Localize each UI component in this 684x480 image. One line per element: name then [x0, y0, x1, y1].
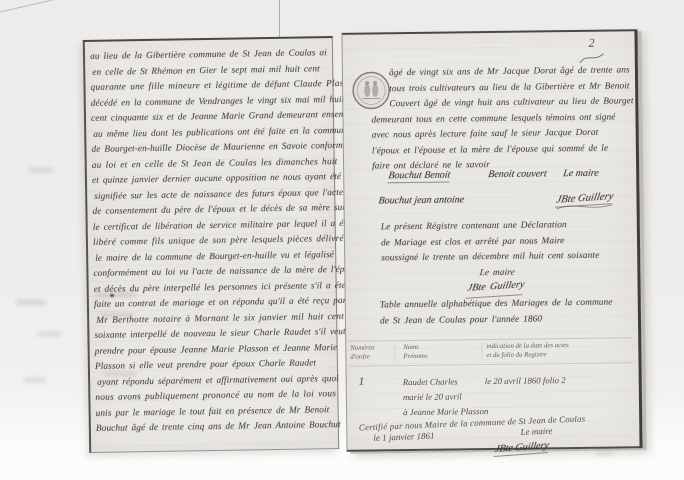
left-page-text: au lieu de la Gibertière commune de St J… — [90, 46, 337, 437]
ink-bleedthrough-mark — [16, 300, 46, 305]
ink-bleedthrough-mark — [96, 292, 136, 297]
certification-date: le 1 janvier 1861 — [373, 430, 435, 460]
manuscript-line: marié le 20 avril — [403, 389, 481, 405]
right-page-body: âgé de vingt six ans de Mr Jacque Dorat … — [371, 63, 635, 175]
witness-signature: Benoit couvert — [487, 168, 547, 180]
manuscript-line: de St Jean de Coulas pour l'année 1860 — [380, 311, 632, 330]
paper-crease — [0, 0, 55, 14]
witness-signature: Bouchut Benoit — [387, 169, 451, 183]
folio-number-text: 2 — [579, 36, 605, 51]
pencil-mark — [596, 452, 614, 455]
maire-label: Le maire — [562, 168, 599, 179]
registry-scan: au lieu de la Gibertière commune de St J… — [0, 0, 684, 480]
maire-signature: JBte Guillery — [554, 193, 614, 212]
ink-bleedthrough-mark — [104, 372, 136, 376]
closing-declaration: Le présent Régistre contenant une Déclar… — [381, 217, 626, 297]
ink-speck — [110, 294, 114, 297]
ink-bleedthrough-mark — [24, 378, 46, 382]
marriage-table: Numéros d'ordre Noms Prénoms indication … — [348, 337, 633, 420]
row-number: 1 — [349, 375, 404, 421]
table-header-row: Numéros d'ordre Noms Prénoms indication … — [348, 337, 632, 366]
maire-signature: JBte Guillery — [494, 440, 550, 457]
signature-row: Bouchut Benoit Benoit couvert Le maire — [374, 167, 622, 183]
table-header-indication: indication de la date des actes et du fo… — [482, 341, 632, 360]
ink-bleedthrough-mark — [38, 332, 62, 336]
maire-signature: JBte Guillery — [467, 277, 625, 296]
ink-bleedthrough-mark — [100, 313, 134, 317]
row-names: Raudet Charlesmarié le 20 avrilà Jeanne … — [403, 374, 482, 420]
ink-bleedthrough-mark — [28, 168, 54, 172]
manuscript-line: Raudet Charles — [403, 374, 481, 390]
table-header-noms: Noms Prénoms — [395, 343, 482, 361]
maire-label: Le maire — [520, 426, 552, 437]
table-header-numeros: Numéros d'ordre — [348, 344, 395, 362]
signature-row: Bouchut jean antoine JBte Guillery — [374, 192, 622, 213]
right-page: 2 âgé de vingt six ans de Mr Jacque Dora… — [341, 29, 642, 452]
maire-signature-block: Le maire JBte Guillery — [494, 426, 553, 456]
manuscript-line: Bouchut âgé de trente cinq ans de Mr Jea… — [96, 418, 337, 437]
manuscript-line: soussigné le trente un décembre mil huit… — [381, 248, 625, 266]
folio-flourish-icon — [579, 52, 605, 64]
left-page: au lieu de la Gibertière commune de St J… — [83, 36, 339, 453]
witness-signatures: Bouchut Benoit Benoit couvert Le maire B… — [374, 167, 623, 213]
witness-signature: Bouchut jean antoine — [378, 194, 465, 206]
paper-crease — [279, 0, 280, 37]
table-title: Table annuelle alphabétique des Mariages… — [380, 295, 632, 329]
manuscript-line: Table annuelle alphabétique des Mariages… — [380, 295, 632, 314]
manuscript-line: l'époux et l'épouse et la mère de l'épou… — [372, 141, 634, 160]
